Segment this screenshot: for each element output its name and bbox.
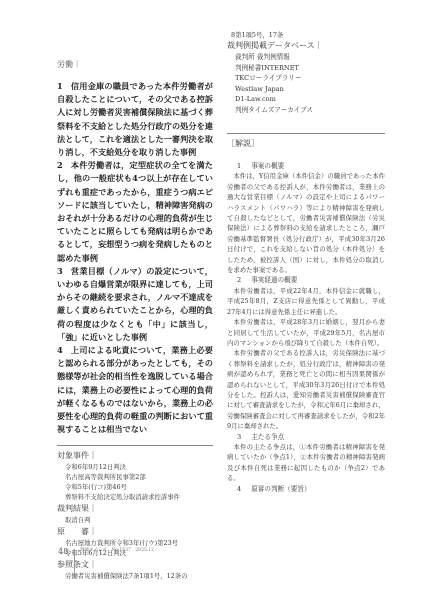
holding-item: 4上司による叱責について，業務上必要と認められる部分があったとしても，その態様等… (57, 344, 213, 436)
publication-info: 判例タイムズ No.1537 2025.12 (80, 547, 154, 553)
database-item: 裁判所 裁判例情報 (227, 52, 385, 63)
database-item: Westlaw Japan (227, 84, 385, 95)
result-heading: 裁判結果｜ (57, 503, 213, 515)
meta-item: 令和6年9月12日判決 (57, 462, 213, 472)
paragraph: 本件労働者は，平成22年4月，本件信金に就職し，平成25年8月，Z支店に得意先係… (227, 286, 385, 317)
page-footer: 48 判例タイムズ No.1537 2025.12 (58, 547, 258, 577)
references-continued: 8第1項5号，17条 (227, 30, 385, 40)
section-heading: 1事案の概要 (227, 161, 385, 171)
database-item: 判例秘書INTERNET (227, 63, 385, 74)
holdings: 1信用金庫の職員であった本件労働者が自殺したことについて，その父である控訴人に対… (57, 80, 213, 436)
target-case-heading: 対象事件｜ (57, 450, 213, 462)
section-heading: 4原審の判断（要旨） (227, 484, 385, 494)
original-heading: 原 審｜ (57, 526, 213, 538)
left-column: 労働｜ 1信用金庫の職員であった本件労働者が自殺したことについて，その父である控… (57, 55, 213, 581)
database-item: D1-Law.com (227, 94, 385, 105)
holding-item: 1信用金庫の職員であった本件労働者が自殺したことについて，その父である控訴人に対… (57, 80, 213, 159)
category-label: 労働｜ (57, 59, 213, 70)
meta-item: 名古屋高等裁判所民事第2部 (57, 472, 213, 482)
holding-item: 2本件労働者は，定型症状の全てを満たし，他の一般症状も4つ以上が存在していずれも… (57, 159, 213, 265)
page-number: 48 (58, 547, 68, 556)
databases-heading: 裁判例掲載データベース｜ (227, 40, 385, 52)
divider (57, 445, 213, 446)
paragraph: 本件は，Y信用金庫（本件信金）の職員であった本件労働者の父である控訴人が，本件労… (227, 171, 385, 275)
meta-item: 葬祭料不支給決定処分取消請求控訴事件 (57, 492, 213, 502)
divider (227, 133, 385, 134)
commentary-heading: ［解説］ (227, 138, 385, 149)
paragraph: 本件労働者の父である控訴人は，労災保険法に基づく葬祭料を請求したが，処分行政庁は… (227, 348, 385, 431)
meta-item: 令和5年(行コ)第46号 (57, 482, 213, 492)
paragraph: 本件労働者は，平成28年3月に婚姻し，翌月から妻と同居して生活していたが，平成2… (227, 317, 385, 348)
footer-divider (74, 549, 75, 577)
database-item: 判例タイムズアーカイブス (227, 105, 385, 116)
paragraph: 本件の主たる争点は，①本件労働者は精神障害を発病していたか（争点1），②本件労働… (227, 442, 385, 484)
right-column: 8第1項5号，17条 裁判例掲載データベース｜ 裁判所 裁判例情報 判例秘書IN… (227, 30, 385, 494)
commentary-body: 1事案の概要 本件は，Y信用金庫（本件信金）の職員であった本件労働者の父である控… (227, 161, 385, 494)
section-heading: 3主たる争点 (227, 432, 385, 442)
section-heading: 2事実経過の概要 (227, 275, 385, 285)
database-item: TKCローライブラリー (227, 73, 385, 84)
meta-item: 取消自判 (57, 515, 213, 525)
holding-item: 3営業目標（ノルマ）の設定について，いわゆる自爆営業が限界に達しても，上司からそ… (57, 265, 213, 344)
